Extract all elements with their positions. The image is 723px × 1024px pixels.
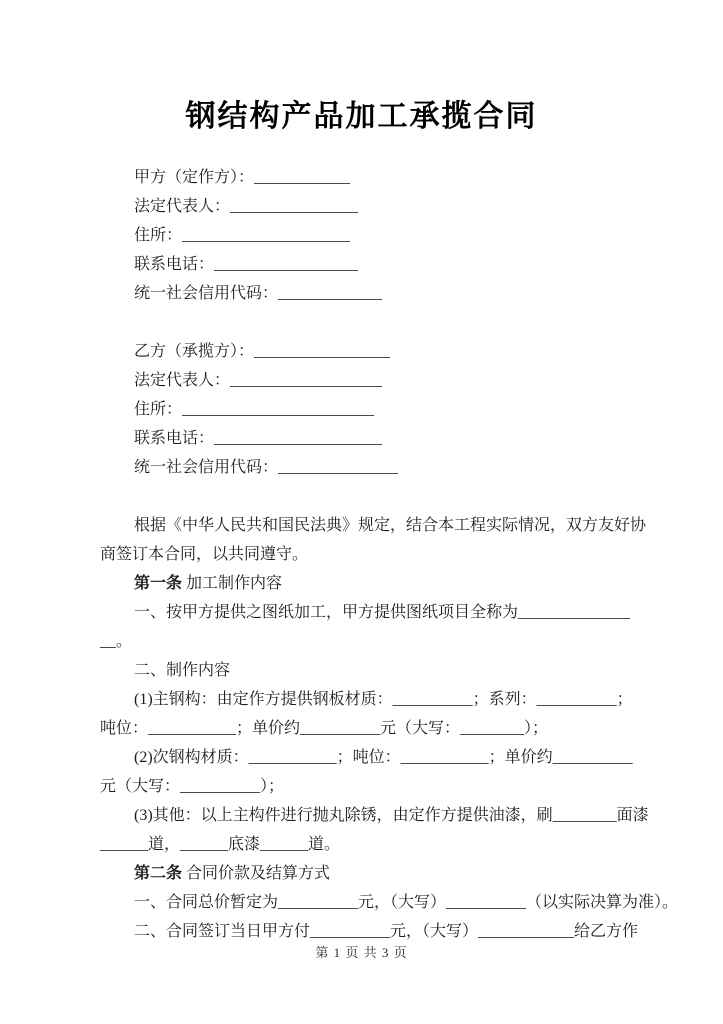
fill-in-blank: _____________________: [182, 227, 350, 244]
party-b-block: 乙方（承揽方）：_________________法定代表人：_________…: [100, 337, 623, 482]
fill-in-blank: ____________: [254, 169, 350, 186]
fill-in-blank: ________________________: [182, 401, 374, 418]
field-label: 联系电话：: [134, 256, 214, 273]
contract-text-line: 一、按甲方提供之图纸加工，甲方提供图纸项目全称为______________: [100, 598, 623, 627]
fill-in-blank: _________________: [254, 343, 390, 360]
page-title: 钢结构产品加工承揽合同: [100, 96, 623, 138]
fill-in-blank: __________________: [214, 256, 358, 273]
contract-text-line: (1)主钢构：由定作方提供钢板材质：__________；系列：________…: [100, 685, 623, 714]
contract-text-line: (3)其他：以上主构件进行抛丸除锈，由定作方提供油漆，刷________面漆: [100, 801, 623, 830]
field-label: 住所：: [134, 227, 182, 244]
contract-text-line: 根据《中华人民共和国民法典》规定，结合本工程实际情况，双方友好协: [100, 511, 623, 540]
contract-text-line: 元（大写：__________）；: [100, 772, 623, 801]
field-label: 联系电话：: [134, 430, 214, 447]
contract-text-line: (2)次钢构材质：___________；吨位：___________；单价约_…: [100, 743, 623, 772]
party-b-field-line: 统一社会信用代码：_______________: [100, 453, 623, 482]
party-a-block: 甲方（定作方）：____________法定代表人：______________…: [100, 163, 623, 308]
fill-in-blank: _____________: [278, 285, 382, 302]
article-number: 第一条: [134, 575, 182, 592]
party-a-field-line: 法定代表人：________________: [100, 192, 623, 221]
contract-body: 根据《中华人民共和国民法典》规定，结合本工程实际情况，双方友好协商签订本合同，以…: [100, 511, 623, 946]
field-label: 法定代表人：: [134, 372, 230, 389]
field-label: 统一社会信用代码：: [134, 459, 278, 476]
article-number: 第二条: [134, 865, 182, 882]
field-label: 乙方（承揽方）：: [134, 343, 254, 360]
party-a-field-line: 甲方（定作方）：____________: [100, 163, 623, 192]
party-b-field-line: 住所：________________________: [100, 395, 623, 424]
fill-in-blank: ___________________: [230, 372, 382, 389]
contract-text-line: 第二条 合同价款及结算方式: [100, 859, 623, 888]
fill-in-blank: ________________: [230, 198, 358, 215]
party-a-field-line: 住所：_____________________: [100, 221, 623, 250]
fill-in-blank: _____________________: [214, 430, 382, 447]
contract-text-line: 商签订本合同，以共同遵守。: [100, 540, 623, 569]
contract-text-line: 吨位：___________；单价约__________元（大写：_______…: [100, 714, 623, 743]
contract-text-line: ______道，______底漆______道。: [100, 830, 623, 859]
contract-text-line: 第一条 加工制作内容: [100, 569, 623, 598]
field-label: 统一社会信用代码：: [134, 285, 278, 302]
field-label: 住所：: [134, 401, 182, 418]
page-footer: 第 1 页 共 3 页: [0, 941, 723, 965]
field-label: 甲方（定作方）：: [134, 169, 254, 186]
party-b-field-line: 乙方（承揽方）：_________________: [100, 337, 623, 366]
contract-text-line: 二、制作内容: [100, 656, 623, 685]
party-a-field-line: 统一社会信用代码：_____________: [100, 279, 623, 308]
party-b-field-line: 法定代表人：___________________: [100, 366, 623, 395]
contract-text-line: __。: [100, 627, 623, 656]
contract-page: 钢结构产品加工承揽合同 甲方（定作方）：____________法定代表人：__…: [0, 0, 723, 1024]
fill-in-blank: _______________: [278, 459, 398, 476]
field-label: 法定代表人：: [134, 198, 230, 215]
party-a-field-line: 联系电话：__________________: [100, 250, 623, 279]
party-b-field-line: 联系电话：_____________________: [100, 424, 623, 453]
contract-text-line: 一、合同总价暂定为__________元，（大写）__________（以实际决…: [100, 888, 623, 917]
